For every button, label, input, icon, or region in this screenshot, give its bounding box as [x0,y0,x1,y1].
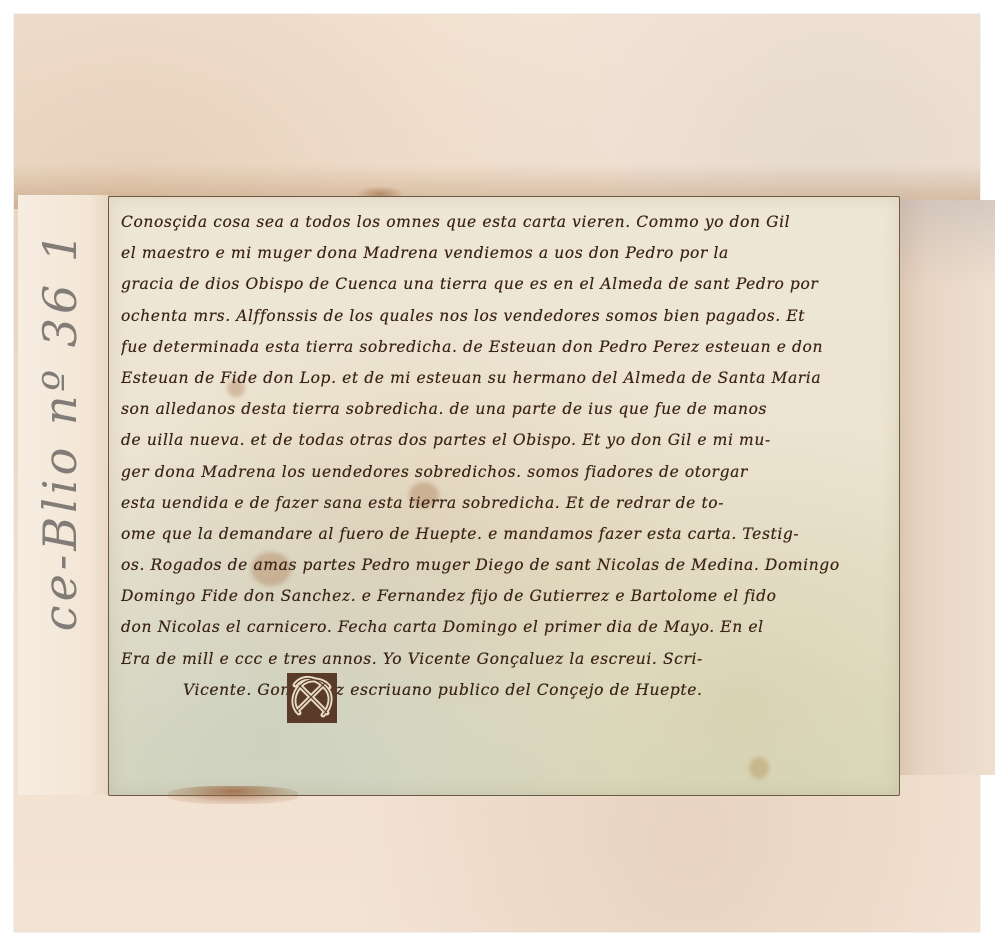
text-line: Esteuan de Fide don Lop. et de mi esteua… [121,363,891,394]
text-line: Domingo Fide don Sanchez. e Fernandez fi… [121,581,891,612]
archival-margin-note: ce-Blio nº 36 1 [33,229,87,631]
text-line: ochenta mrs. Alffonssis de los quales no… [121,301,891,332]
charter-text: Conosçida cosa sea a todos los omnes que… [121,207,891,706]
text-line: de uilla nueva. et de todas otras dos pa… [121,425,891,456]
text-line: don Nicolas el carnicero. Fecha carta Do… [121,612,891,643]
text-line: fue determinada esta tierra sobredicha. … [121,332,891,363]
text-line: el maestro e mi muger dona Madrena vendi… [121,238,891,269]
text-line: ome que la demandare al fuero de Huepte.… [121,519,891,550]
parchment-charter: Conosçida cosa sea a todos los omnes que… [108,196,900,796]
text-line: Era de mill e ccc e tres annos. Yo Vicen… [121,644,891,675]
right-hinge-strip [895,200,995,775]
text-line: gracia de dios Obispo de Cuenca una tier… [121,269,891,300]
text-line: os. Rogados de amas partes Pedro muger D… [121,550,891,581]
stain [168,786,298,804]
document-scan: ce-Blio nº 36 1 Conosçida cosa sea a tod… [0,0,1000,948]
text-line: esta uendida e de fazer sana esta tierra… [121,488,891,519]
text-line: ger dona Madrena los uendedores sobredic… [121,457,891,488]
text-line: son alledanos desta tierra sobredicha. d… [121,394,891,425]
text-line: Conosçida cosa sea a todos los omnes que… [121,207,891,238]
interlaced-knot-icon [285,671,339,725]
text-line: Vicente. Gonçaluez escriuano publico del… [121,675,891,706]
stain [749,757,769,779]
